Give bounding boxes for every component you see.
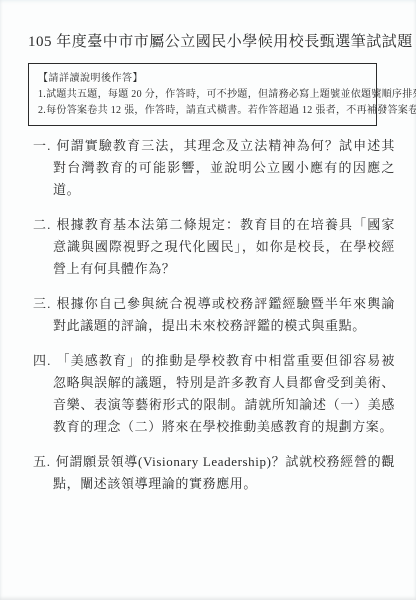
question-text: 根據你自己參與統合視導或校務評鑑經驗暨半年來輿論對此議題的評論，提出未來校務評鑑… bbox=[53, 296, 395, 333]
question-3: 三.根據你自己參與統合視導或校務評鑑經驗暨半年來輿論對此議題的評論，提出未來校務… bbox=[33, 293, 395, 337]
instructions-box: 【請詳讀說明後作答】 1.試題共五題，每題 20 分，作答時，可不抄題，但請務必… bbox=[28, 63, 377, 126]
question-2: 二.根據教育基本法第二條規定：教育目的在培養具「國家意識與國際視野之現代化國民」… bbox=[33, 214, 395, 280]
exam-page: 105 年度臺中市市屬公立國民小學候用校長甄選筆試試題 【請詳讀說明後作答】 1… bbox=[0, 0, 416, 600]
question-number: 三. bbox=[33, 296, 51, 311]
question-5: 五.何謂願景領導(Visionary Leadership)？試就校務經營的觀點… bbox=[33, 451, 395, 495]
question-text: 何謂願景領導(Visionary Leadership)？試就校務經營的觀點，闡… bbox=[53, 454, 395, 491]
question-list: 一.何謂實驗教育三法，其理念及立法精神為何？試申述其對台灣教育的可能影響，並說明… bbox=[33, 135, 395, 495]
page-title: 105 年度臺中市市屬公立國民小學候用校長甄選筆試試題 bbox=[28, 30, 388, 51]
instructions-heading: 【請詳讀說明後作答】 bbox=[38, 69, 367, 84]
question-number: 五. bbox=[33, 454, 51, 469]
instruction-item: 1.試題共五題，每題 20 分，作答時，可不抄題，但請務必寫上題號並依題號順序排… bbox=[38, 87, 367, 103]
question-text: 根據教育基本法第二條規定：教育目的在培養具「國家意識與國際視野之現代化國民」，如… bbox=[53, 217, 395, 276]
instruction-item: 2.每份答案卷共 12 張，作答時，請直式橫書。若作答超過 12 張者，不再補發… bbox=[38, 103, 367, 119]
question-number: 四. bbox=[33, 353, 51, 368]
question-number: 一. bbox=[33, 138, 51, 153]
question-number: 二. bbox=[33, 217, 51, 232]
question-4: 四.「美感教育」的推動是學校教育中相當重要但卻容易被忽略與誤解的議題，特別是許多… bbox=[33, 350, 395, 438]
question-1: 一.何謂實驗教育三法，其理念及立法精神為何？試申述其對台灣教育的可能影響，並說明… bbox=[33, 135, 395, 201]
question-text: 「美感教育」的推動是學校教育中相當重要但卻容易被忽略與誤解的議題，特別是許多教育… bbox=[53, 353, 395, 434]
question-text: 何謂實驗教育三法，其理念及立法精神為何？試申述其對台灣教育的可能影響，並說明公立… bbox=[53, 138, 395, 197]
